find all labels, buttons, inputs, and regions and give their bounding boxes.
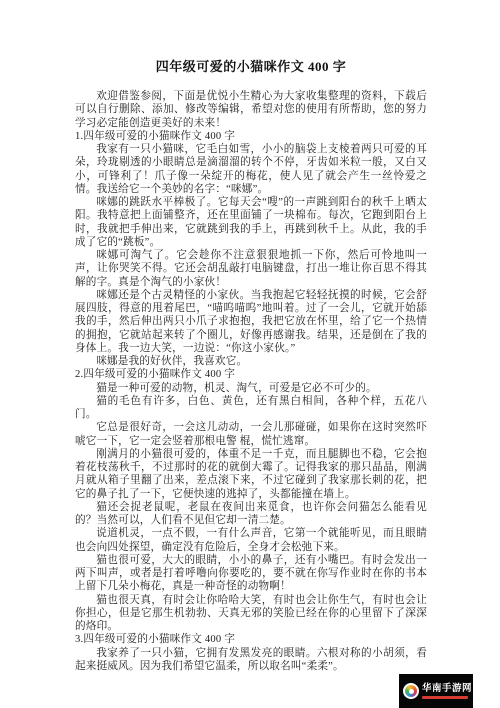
document-page: 四年级可爱的小猫咪作文 400 字 欢迎借鉴参阅，下面是优悦小生精心为大家收集整… (0, 0, 500, 708)
watermark-text-block: 华南手游网 (422, 684, 469, 699)
site-watermark: 华南手游网 (399, 674, 473, 708)
watermark-site-name: 华南手游网 (422, 684, 469, 694)
essay-3-paragraph: 我家养了一只小猫，它拥有发黑发亮的眼睛。六根对称的小胡须，看起来挺威风。因为我们… (75, 647, 427, 674)
swirl-logo-icon (403, 683, 419, 699)
essay-2-paragraph: 猫的毛色有许多，白色、黄色，还有黑白相间，各种个样，五花八门。 (75, 395, 427, 422)
essay-2-paragraph: 它总是很好奇，一会这儿动动，一会儿那碰碰，如果你在这时突然吓唬它一下，它一定会竖… (75, 421, 427, 448)
essay-2-heading: 2.四年级可爱的小猫咪作文 400 字 (75, 368, 427, 381)
essay-2-paragraph: 说道机灵，一点不假，一有什么声音，它第一个就能听见，而且眼睛也会向四处探望，确定… (75, 527, 427, 554)
essay-1-paragraph: 咪娜还是个古灵精怪的小家伙。当我抱起它轻轻抚摸的时候，它会舒展四肢，得意的甩着尾… (75, 289, 427, 355)
essay-1-heading: 1.四年级可爱的小猫咪作文 400 字 (75, 130, 427, 143)
essay-1-paragraph: 咪娜可淘气了。它会趁你不注意狠狠地抓一下你，然后可怜地叫一声，让你哭笑不得。它还… (75, 249, 427, 289)
essay-1-paragraph: 我家有一只小猫咪，它毛白如雪，小小的脑袋上支棱着两只可爱的耳朵，玲珑剔透的小眼睛… (75, 143, 427, 196)
essay-3-heading: 3.四年级可爱的小猫咪作文 400 字 (75, 633, 427, 646)
essay-2-paragraph: 猫也很天真，有时会让你哈哈大笑，有时也会让你生气，有时也会让你担心，但是它那生机… (75, 594, 427, 634)
document-body: 四年级可爱的小猫咪作文 400 字 欢迎借鉴参阅，下面是优悦小生精心为大家收集整… (0, 0, 500, 673)
watermark-tagline-bar (422, 696, 468, 699)
essay-2-paragraph: 刚满月的小猫很可爱的，体重不足一千克，而且腿脚也不稳，它会抱着花枝荡秋千，不过那… (75, 448, 427, 501)
essay-2-paragraph: 猫是一种可爱的动物，机灵、淘气，可爱是它必不可少的。 (75, 382, 427, 395)
essay-2-paragraph: 猫也很可爱，大大的眼睛，小小的鼻子，还有小嘴巴。有时会发出一两下叫声，或者是打着… (75, 554, 427, 594)
essay-1-paragraph: 咪娜是我的好伙伴，我喜欢它。 (75, 355, 427, 368)
intro-paragraph: 欢迎借鉴参阅，下面是优悦小生精心为大家收集整理的资料，下载后可以自行删除、添加、… (75, 90, 427, 130)
document-title: 四年级可爱的小猫咪作文 400 字 (75, 57, 427, 77)
essay-1-paragraph: 咪娜的跳跃水平棒极了。它每天会“嗖”的一声跳到阳台的秋千上晒太阳。我特意把上面铺… (75, 196, 427, 249)
essay-2-paragraph: 猫还会捉老鼠呢，老鼠在夜间出来觅食，也许你会问猫怎么能看见的？当然可以，人们看不… (75, 501, 427, 528)
